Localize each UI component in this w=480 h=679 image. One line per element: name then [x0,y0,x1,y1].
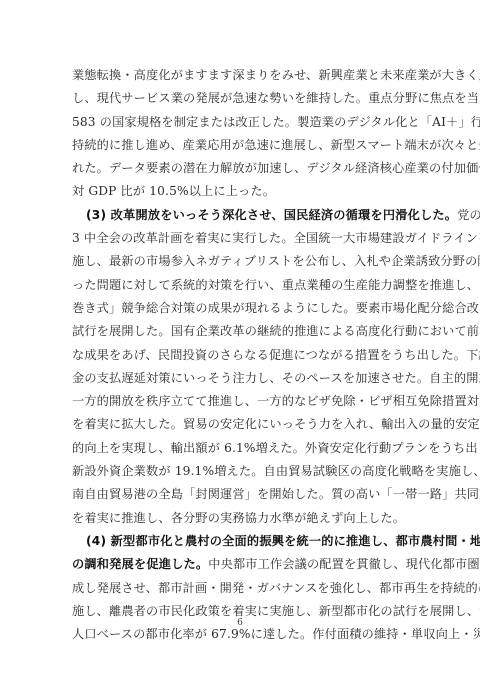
heading-text: の調和発展を促進した。 [72,557,208,571]
text-line-18: 新設外資企業数が 19.1%増えた。自由貿易試験区の高度化戦略を実施し、海 [72,460,408,483]
section-heading-3: (3) 改革開放をいっそう深化させ、国民経済の循環を円滑化した。党の 20 期 [72,204,408,227]
text-line-8: 3 中全会の改革計画を着実に実行した。全国統一大市場建設ガイドラインを実 [72,227,408,250]
line-text: 新設外資企業数が 19.1%増えた。自由貿易試験区の高度化戦略を実施し、海 [72,464,480,478]
text-line-3: 583 の国家規格を制定または改正した。製造業のデジタル化と「AI＋」行動を [72,111,408,134]
line-text: 施し、最新の市場参入ネガティブリストを公布し、入札や企業誘致分野の際立 [72,254,480,268]
line-text: 金の支払遅延対策にいっそう注力し、そのペースを加速させた。自主的開放と [72,371,480,385]
line-text: 業態転換・高度化がますます深まりをみせ、新興産業と未来産業が大きく成長 [72,68,480,82]
text-line-14: 金の支払遅延対策にいっそう注力し、そのペースを加速させた。自主的開放と [72,367,408,390]
text-line-6: 対 GDP 比が 10.5%以上に上った。 [72,180,408,203]
text-line-9: 施し、最新の市場参入ネガティブリストを公布し、入札や企業誘致分野の際立 [72,250,408,273]
heading-text: (3) 改革開放をいっそう深化させ、国民経済の循環を円滑化した。 [86,208,457,222]
text-line-2: し、現代サービス業の発展が急速な勢いを維持した。重点分野に焦点を当てて [72,87,408,110]
line-text: 成し発展させ、都市計画・開発・ガバナンスを強化し、都市再生を持続的に実 [72,581,480,595]
text-line-13: な成果をあげ、民間投資のさらなる促進につながる措置をうち出した。下請代 [72,344,408,367]
line-text: 党の 20 期 [457,208,480,222]
line-text: 3 中全会の改革計画を着実に実行した。全国統一大市場建設ガイドラインを実 [72,231,480,245]
text-line-11: 巻き式」競争総合対策の成果が現れるようにした。要素市場化配分総合改革の [72,297,408,320]
line-text: な成果をあげ、民間投資のさらなる促進につながる措置をうち出した。下請代 [72,348,480,362]
text-line-1: 業態転換・高度化がますます深まりをみせ、新興産業と未来産業が大きく成長 [72,64,408,87]
line-text: れた。データ要素の潜在力解放が加速し、デジタル経済核心産業の付加価値の [72,161,480,175]
line-text: 対 GDP 比が 10.5%以上に上った。 [72,184,275,198]
section-heading-4-continued: の調和発展を促進した。中央都市工作会議の配置を貫徹し、現代化都市圏を育 [72,553,408,576]
text-line-10: った問題に対して系統的対策を行い、重点業種の生産能力調整を推進し、「内 [72,274,408,297]
line-text: 中央都市工作会議の配置を貫徹し、現代化都市圏を育 [208,557,480,571]
line-text: 試行を展開した。国有企業改革の継続的推進による高度化行動において前向き [72,324,480,338]
line-text: 583 の国家規格を制定または改正した。製造業のデジタル化と「AI＋」行動を [72,115,480,129]
text-line-23: 成し発展させ、都市計画・開発・ガバナンスを強化し、都市再生を持続的に実 [72,577,408,600]
body-text: 業態転換・高度化がますます深まりをみせ、新興産業と未来産業が大きく成長 し、現代… [72,64,408,646]
page-number: 6 [0,618,480,628]
text-line-12: 試行を展開した。国有企業改革の継続的推進による高度化行動において前向き [72,320,408,343]
text-line-19: 南自由貿易港の全島「封関運営」を開始した。質の高い「一帯一路」共同建設 [72,483,408,506]
line-text: 的向上を実現し、輸出額が 6.1%増えた。外資安定化行動プランをうち出し、 [72,441,480,455]
document-page: 業態転換・高度化がますます深まりをみせ、新興産業と未来産業が大きく成長 し、現代… [0,0,480,679]
section-heading-4: (4) 新型都市化と農村の全面的振興を統一的に推進し、都市農村間・地域間 [72,530,408,553]
line-text: を着実に推進し、各分野の実務協力水準が絶えず向上した。 [72,511,405,525]
text-line-5: れた。データ要素の潜在力解放が加速し、デジタル経済核心産業の付加価値の [72,157,408,180]
text-line-15: 一方的開放を秩序立てて推進し、一方的なビザ免除・ビザ相互免除措置対象国 [72,390,408,413]
line-text: 南自由貿易港の全島「封関運営」を開始した。質の高い「一帯一路」共同建設 [72,487,480,501]
text-line-16: を着実に拡大した。貿易の安定化にいっそう力を入れ、輸出入の量的安定・質 [72,413,408,436]
line-text: った問題に対して系統的対策を行い、重点業種の生産能力調整を推進し、「内 [72,278,480,292]
line-text: 一方的開放を秩序立てて推進し、一方的なビザ免除・ビザ相互免除措置対象国 [72,394,480,408]
line-text: 巻き式」競争総合対策の成果が現れるようにした。要素市場化配分総合改革の [72,301,480,315]
text-line-20: を着実に推進し、各分野の実務協力水準が絶えず向上した。 [72,507,408,530]
heading-text: (4) 新型都市化と農村の全面的振興を統一的に推進し、都市農村間・地域間 [86,534,480,548]
text-line-4: 持続的に推し進め、産業応用が急速に進展し、新型スマート端末が次々と生ま [72,134,408,157]
line-text: 人口ベースの都市化率が 67.9%に達した。作付面積の維持・単収向上・災害 [72,627,480,641]
line-text: 施し、離農者の市民化政策を着実に実施し、新型都市化の試行を展開し、常住 [72,604,480,618]
line-text: し、現代サービス業の発展が急速な勢いを維持した。重点分野に焦点を当てて [72,91,480,105]
line-text: を着実に拡大した。貿易の安定化にいっそう力を入れ、輸出入の量的安定・質 [72,417,480,431]
line-text: 持続的に推し進め、産業応用が急速に進展し、新型スマート端末が次々と生ま [72,138,480,152]
text-line-17: 的向上を実現し、輸出額が 6.1%増えた。外資安定化行動プランをうち出し、 [72,437,408,460]
